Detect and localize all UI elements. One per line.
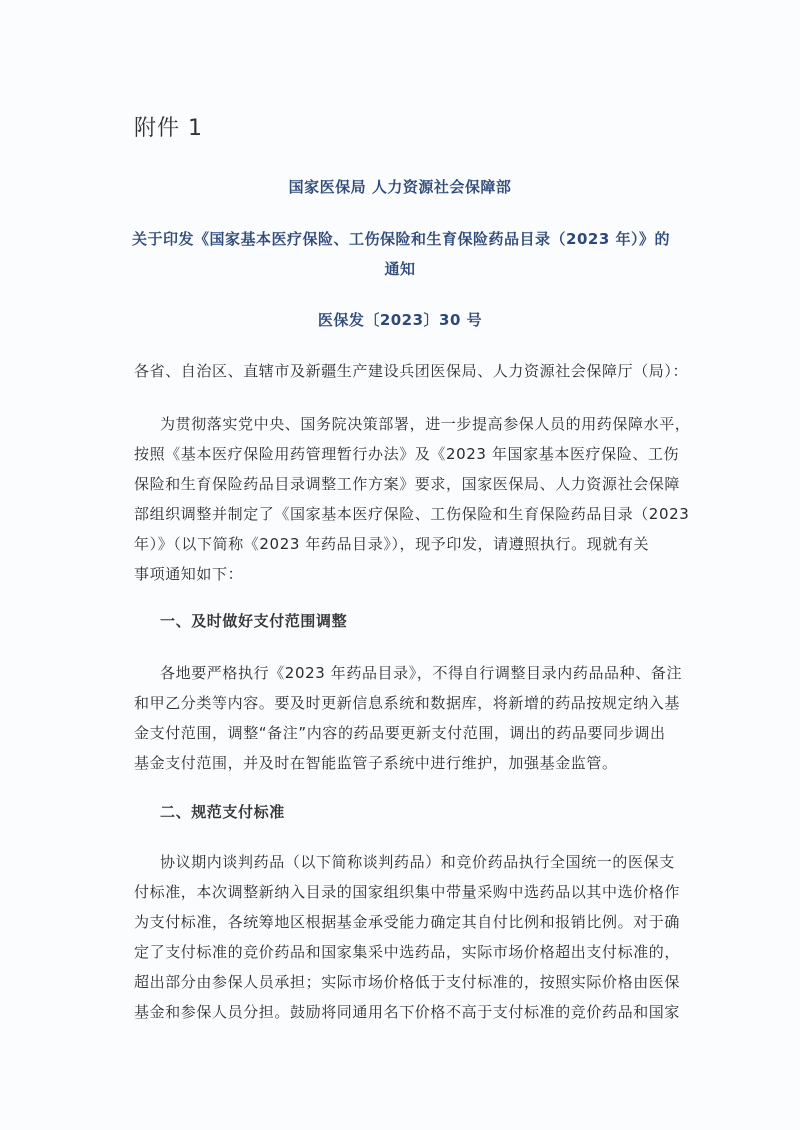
addressee: 各省、自治区、直辖市及新疆生产建设兵团医保局、人力资源社会保障厅（局）： [134, 360, 704, 381]
intro-line: 部组织调整并制定了《国家基本医疗保险、工伤保险和生育保险药品目录（2023 [134, 503, 704, 524]
section-2-line: 定了支付标准的竞价药品和国家集采中选药品，实际市场价格超出支付标准的， [134, 941, 704, 962]
section-2-line: 超出部分由参保人员承担；实际市场价格低于支付标准的，按照实际价格由医保 [134, 971, 704, 992]
section-1-line: 金支付范围，调整“备注”内容的药品要更新支付范围，调出的药品要同步调出 [134, 722, 704, 743]
issuing-organizations: 国家医保局 人力资源社会保障部 [0, 176, 800, 197]
section-1-line: 基金支付范围，并及时在智能监管子系统中进行维护，加强基金监管。 [134, 752, 704, 773]
section-2-line: 为支付标准，各统筹地区根据基金承受能力确定其自付比例和报销比例。对于确 [134, 911, 704, 932]
intro-line: 保险和生育保险药品目录调整工作方案》要求，国家医保局、人力资源社会保障 [134, 473, 704, 494]
section-2-line: 基金和参保人员分担。鼓励将同通用名下价格不高于支付标准的竞价药品和国家 [134, 1001, 704, 1022]
intro-line: 事项通知如下： [134, 563, 704, 584]
section-heading-1: 一、及时做好支付范围调整 [160, 610, 730, 631]
section-1-line: 各地要严格执行《2023 年药品目录》，不得自行调整目录内药品品种、备注 [160, 662, 730, 683]
notice-title-line-2: 通知 [0, 258, 800, 279]
section-1-line: 和甲乙分类等内容。要及时更新信息系统和数据库，将新增的药品按规定纳入基 [134, 692, 704, 713]
document-page: 附件 1 国家医保局 人力资源社会保障部 关于印发《国家基本医疗保险、工伤保险和… [0, 0, 800, 1130]
document-number: 医保发〔2023〕30 号 [0, 309, 800, 330]
attachment-label: 附件 1 [134, 111, 203, 142]
intro-line: 年）》（以下简称《2023 年药品目录》），现予印发，请遵照执行。现就有关 [134, 533, 704, 554]
intro-line: 按照《基本医疗保险用药管理暂行办法》及《2023 年国家基本医疗保险、工伤 [134, 443, 704, 464]
intro-line: 为贯彻落实党中央、国务院决策部署，进一步提高参保人员的用药保障水平， [160, 413, 730, 434]
section-heading-2: 二、规范支付标准 [160, 801, 730, 822]
section-2-line: 付标准，本次调整新纳入目录的国家组织集中带量采购中选药品以其中选价格作 [134, 881, 704, 902]
section-2-line: 协议期内谈判药品（以下简称谈判药品）和竞价药品执行全国统一的医保支 [160, 851, 730, 872]
notice-title-line-1: 关于印发《国家基本医疗保险、工伤保险和生育保险药品目录（2023 年）》的 [132, 228, 702, 249]
